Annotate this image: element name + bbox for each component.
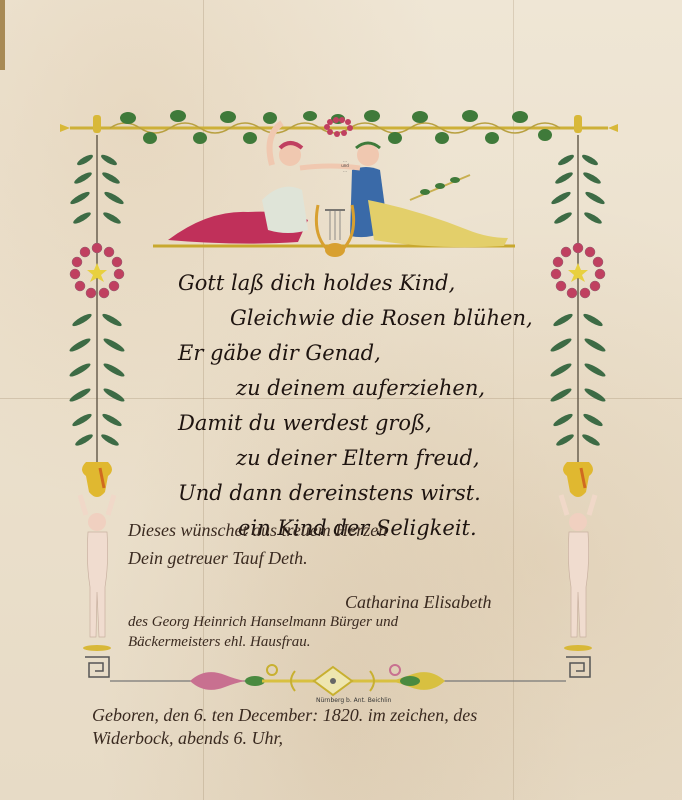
muses-scene-icon (153, 123, 515, 257)
right-column-laurel-icon (549, 135, 607, 677)
parents-line: des Georg Heinrich Hanselmann Bürger und (128, 614, 398, 631)
recipient-name: Catharina Elisabeth (345, 592, 492, 613)
poem-line: Damit du werdest groß, (178, 406, 538, 441)
printer-imprint: ... und ... (325, 158, 365, 173)
bottom-scroll-ornament-icon (110, 665, 566, 695)
poem-line: Gleichwie die Rosen blühen, (178, 301, 538, 336)
poem-line: zu deinem auferziehen, (178, 371, 538, 406)
poem-verse: Gott laß dich holdes Kind, Gleichwie die… (178, 266, 538, 546)
left-column-laurel-icon (68, 135, 126, 677)
parents-line: Bäckermeisters ehl. Hausfrau. (128, 634, 310, 651)
poem-line: zu deiner Eltern freud, (178, 441, 538, 476)
dedication-line: Dein getreuer Tauf Deth. (128, 548, 308, 569)
birth-record-line: Widerbock, abends 6. Uhr, (92, 728, 283, 749)
document-page: ... und ... Gott laß dich holdes Kind, G… (0, 0, 682, 800)
dedication-line: Dieses wünschet aus treuem Herzen (128, 520, 387, 541)
poem-line: Und dann dereinstens wirst. (178, 476, 538, 511)
birth-record-line: Geboren, den 6. ten December: 1820. im z… (92, 705, 477, 726)
top-vine-garland-icon (60, 110, 618, 144)
poem-line: Er gäbe dir Genad, (178, 336, 538, 371)
poem-line: Gott laß dich holdes Kind, (178, 266, 538, 301)
printer-mark: Nürnberg b. Ant. Beichlin (316, 697, 391, 704)
